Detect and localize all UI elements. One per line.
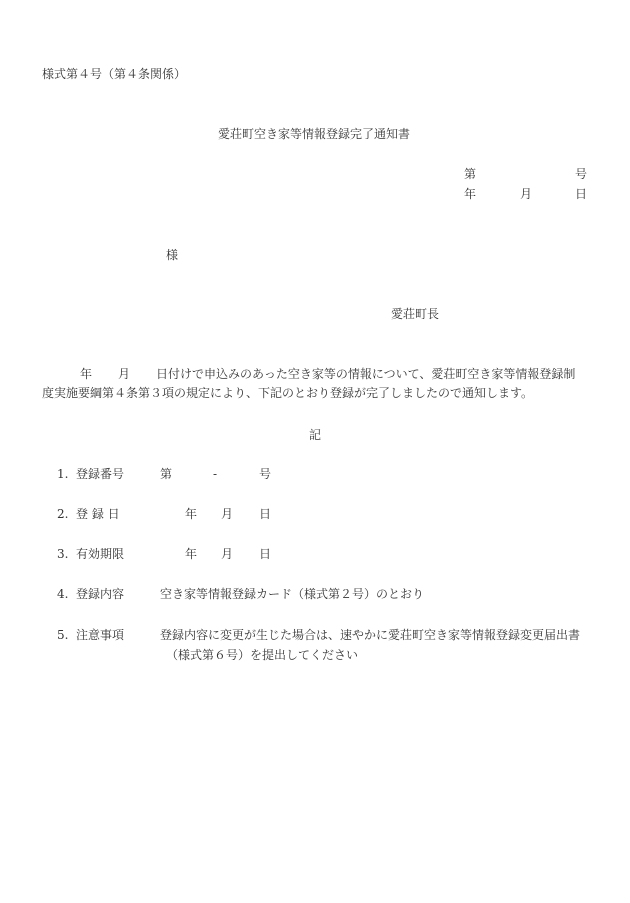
body-year: 年 xyxy=(80,367,92,381)
issue-number-suffix: 号 xyxy=(575,168,587,180)
addressee-honorific: 様 xyxy=(166,249,178,261)
ki-heading: 記 xyxy=(309,429,321,441)
body-line-1-text: 日付けで申込みのあった空き家等の情報について、愛荘町空き家等情報登録制 xyxy=(156,367,575,381)
sender-name: 愛荘町長 xyxy=(391,308,439,320)
issue-date-month: 月 xyxy=(520,188,532,200)
registration-number-prefix: 第 xyxy=(160,468,172,480)
item-label: 登録番号 xyxy=(76,468,124,480)
body-paragraph-line-2: 度実施要綱第４条第３項の規定により、下記のとおり登録が完了しましたので通知します… xyxy=(42,387,533,399)
issue-number-prefix: 第 xyxy=(464,168,476,180)
registration-date-day: 日 xyxy=(259,508,271,520)
registration-number-dash: - xyxy=(213,468,217,480)
document-title: 愛荘町空き家等情報登録完了通知書 xyxy=(218,128,410,140)
item-label: 注意事項 xyxy=(76,629,124,641)
item-value-line-2: （様式第６号）を提出してください xyxy=(166,649,358,661)
item-number: 5. xyxy=(57,629,68,641)
item-number: 4. xyxy=(57,588,68,600)
item-number: 3. xyxy=(57,548,68,560)
form-number-label: 様式第４号（第４条関係） xyxy=(42,68,186,80)
issue-date-year: 年 xyxy=(464,188,476,200)
registration-date-month: 月 xyxy=(221,508,233,520)
registration-date-year: 年 xyxy=(185,508,197,520)
expiration-date-day: 日 xyxy=(259,548,271,560)
body-month: 月 xyxy=(118,367,130,381)
body-paragraph-line-1: 年月日付けで申込みのあった空き家等の情報について、愛荘町空き家等情報登録制 xyxy=(42,368,575,380)
issue-date-day: 日 xyxy=(575,188,587,200)
expiration-date-month: 月 xyxy=(221,548,233,560)
item-value: 空き家等情報登録カード（様式第２号）のとおり xyxy=(160,588,424,600)
item-label: 有効期限 xyxy=(76,548,124,560)
item-value-line-1: 登録内容に変更が生じた場合は、速やかに愛荘町空き家等情報登録変更届出書 xyxy=(160,629,580,641)
item-label: 登録内容 xyxy=(76,588,124,600)
item-number: 1. xyxy=(57,468,68,480)
registration-number-suffix: 号 xyxy=(259,468,271,480)
expiration-date-year: 年 xyxy=(185,548,197,560)
item-label: 登 録 日 xyxy=(76,508,120,520)
item-number: 2. xyxy=(57,508,68,520)
